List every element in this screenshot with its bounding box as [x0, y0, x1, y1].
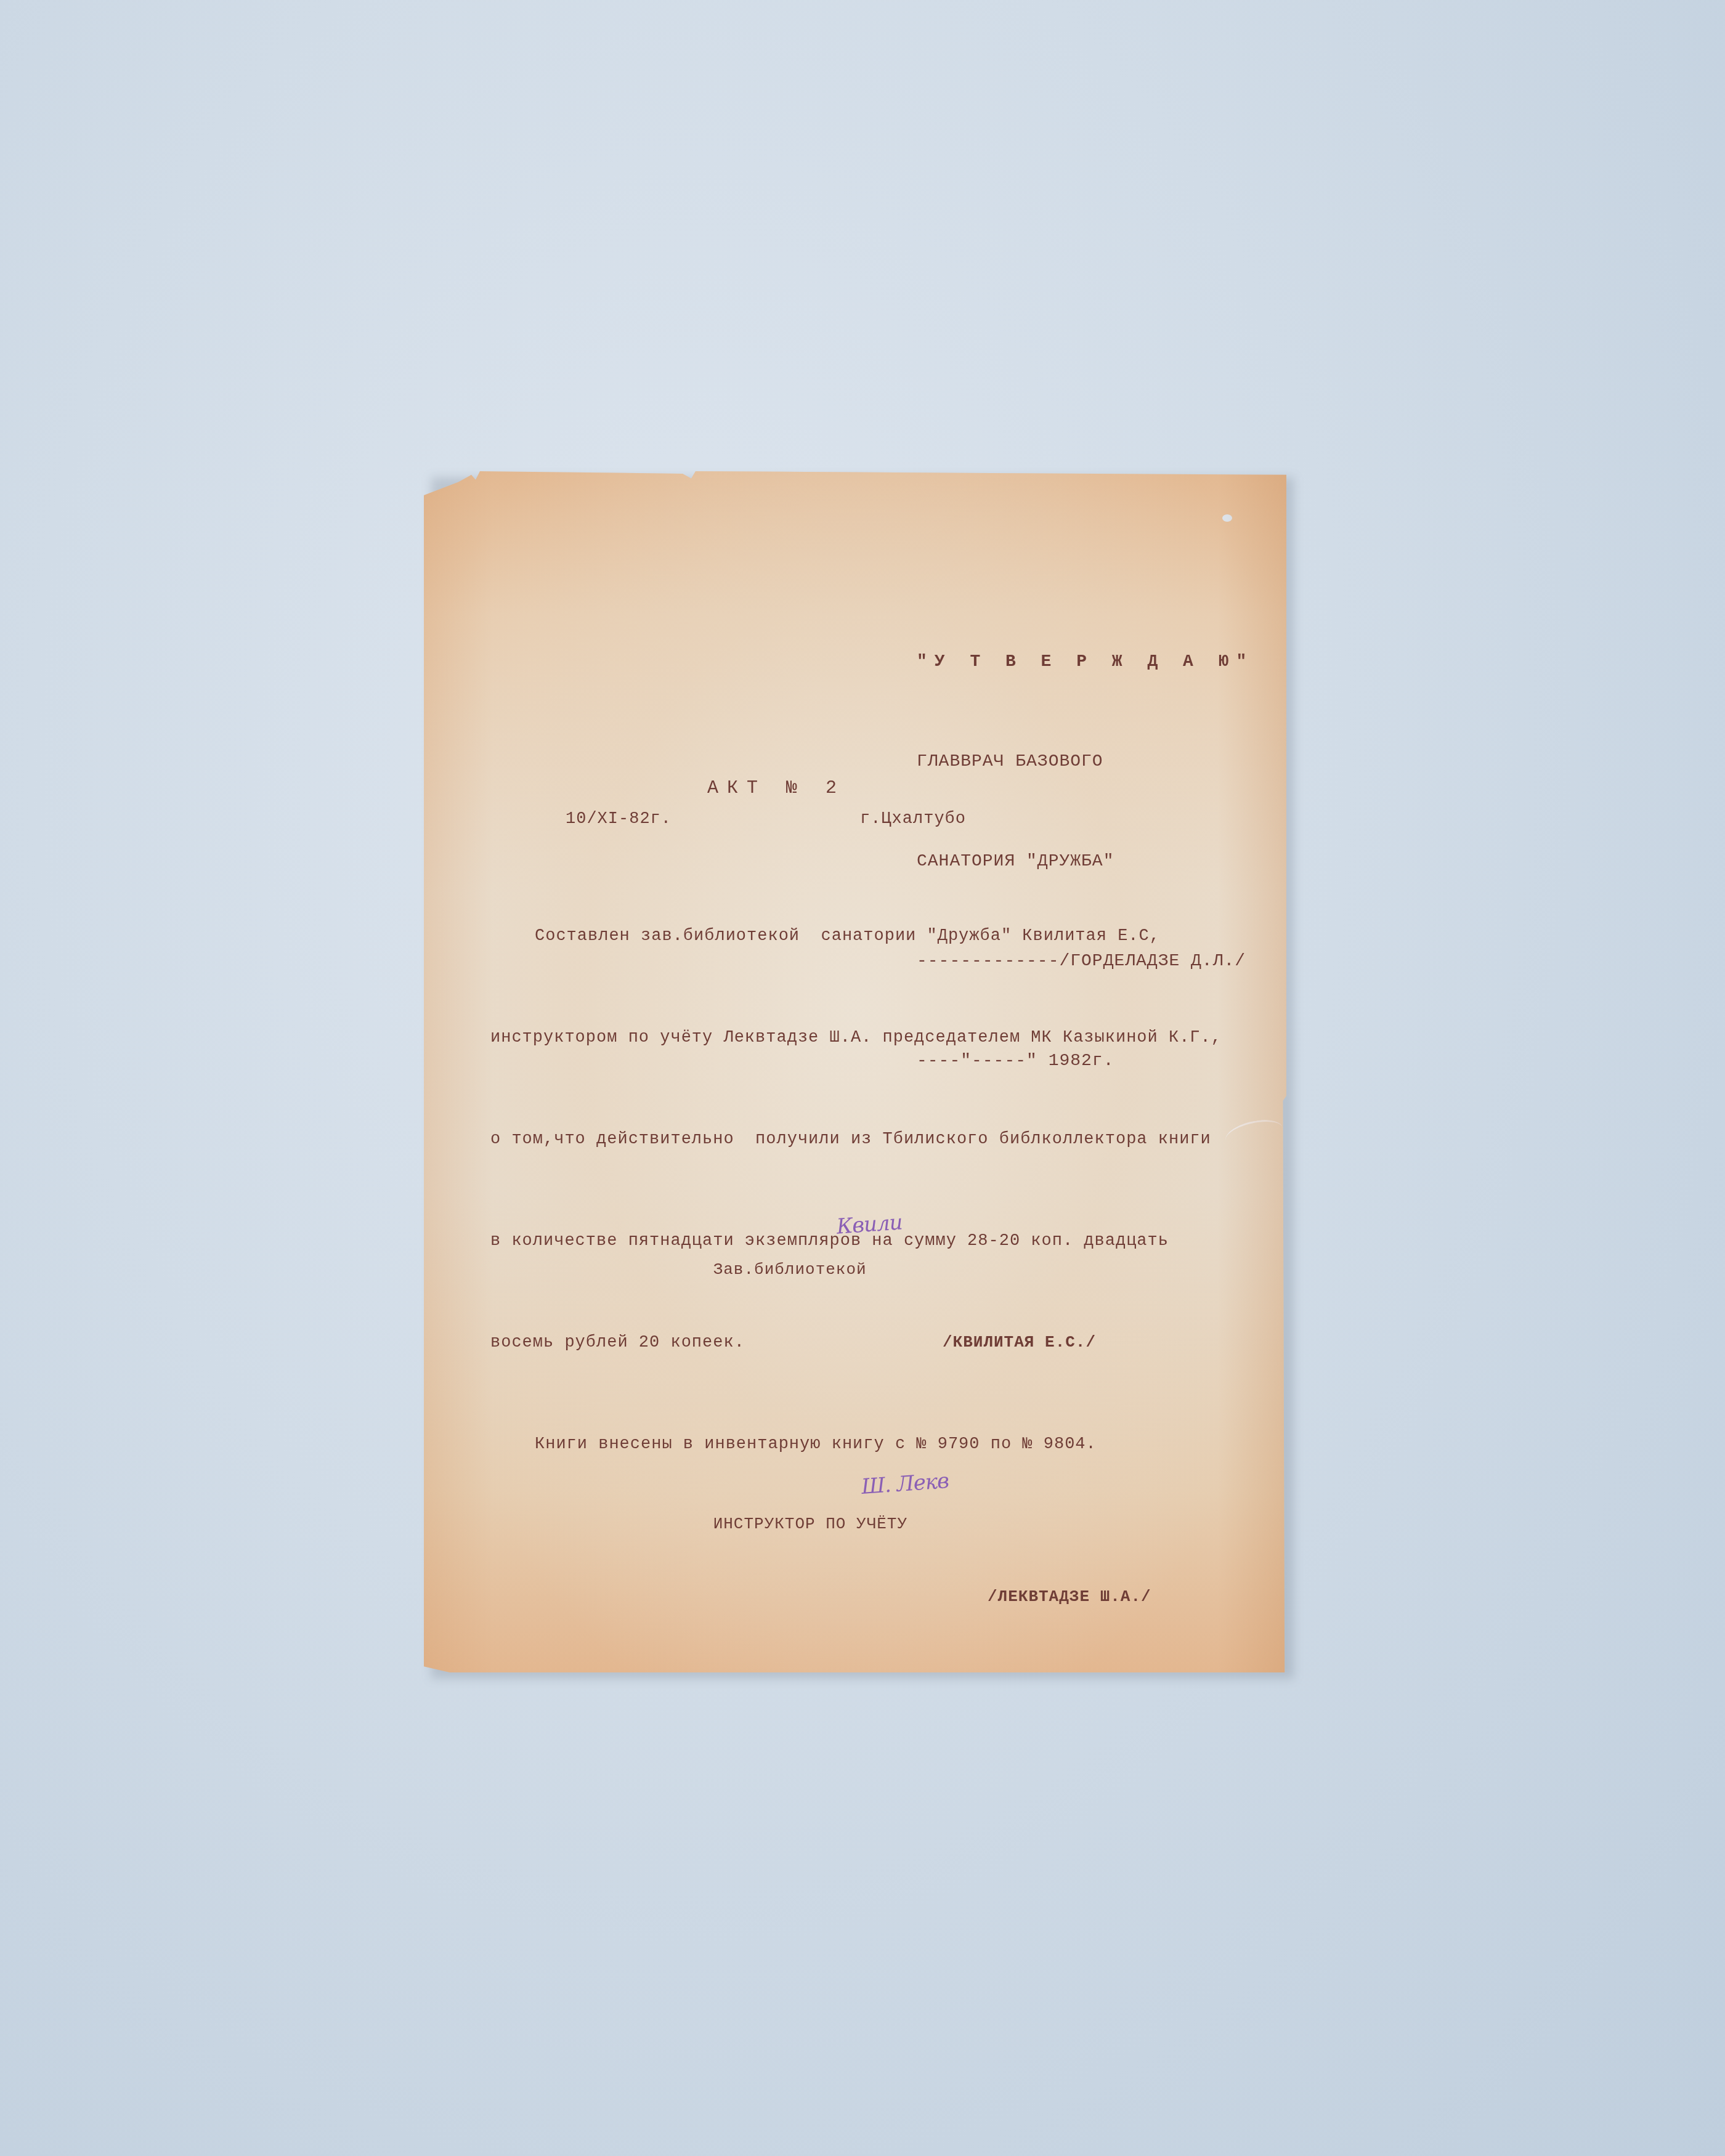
act-date: 10/XI-82г.: [566, 810, 672, 829]
handwritten-signature: Ш. Лекв: [860, 1463, 950, 1506]
signature-row-chairman: ПРЕДСЕДАТЕЛЬ МК: Каз /КАЗЫКИНА К.Г./: [652, 1724, 907, 1906]
paper-hole: [1222, 514, 1232, 522]
signature-role: Зав.библиотекой: [713, 1252, 867, 1288]
act-city: г.Цхалтубо: [860, 810, 966, 829]
signature-row-librarian: Зав.библиотекой Квили /КВИЛИТАЯ Е.С./: [652, 1215, 907, 1397]
handwritten-signature: Каз: [829, 1719, 870, 1758]
body-line: инструктором по учёту Леквтадзе Ш.А. пре…: [490, 1021, 1222, 1055]
approval-title: "У Т В Е Р Ж Д А Ю": [917, 646, 1254, 679]
signature-name: /КВИЛИТАЯ Е.С./: [943, 1324, 1096, 1361]
signature-row-instructor: ИНСТРУКТОР ПО УЧЁТУ Ш. Лекв /ЛЕКВТАДЗЕ Ш…: [652, 1470, 907, 1651]
signature-block: Зав.библиотекой Квили /КВИЛИТАЯ Е.С./ ИН…: [652, 1143, 907, 1979]
signature-name: /ЛЕКВТАДЗЕ Ш.А./: [988, 1579, 1151, 1615]
signature-role: ПРЕДСЕДАТЕЛЬ МК:: [713, 1761, 877, 1797]
body-line: Составлен зав.библиотекой санатории "Дру…: [490, 920, 1222, 954]
signature-name: /КАЗЫКИНА К.Г./: [988, 1833, 1141, 1870]
document-sheet: "У Т В Е Р Ж Д А Ю" ГЛАВВРАЧ БАЗОВОГО СА…: [424, 471, 1286, 1672]
act-title: АКТ № 2: [707, 778, 845, 799]
handwritten-signature: Квили: [835, 1204, 903, 1245]
approval-line-1: ГЛАВВРАЧ БАЗОВОГО: [917, 745, 1254, 779]
signature-role: ИНСТРУКТОР ПО УЧЁТУ: [713, 1506, 907, 1542]
